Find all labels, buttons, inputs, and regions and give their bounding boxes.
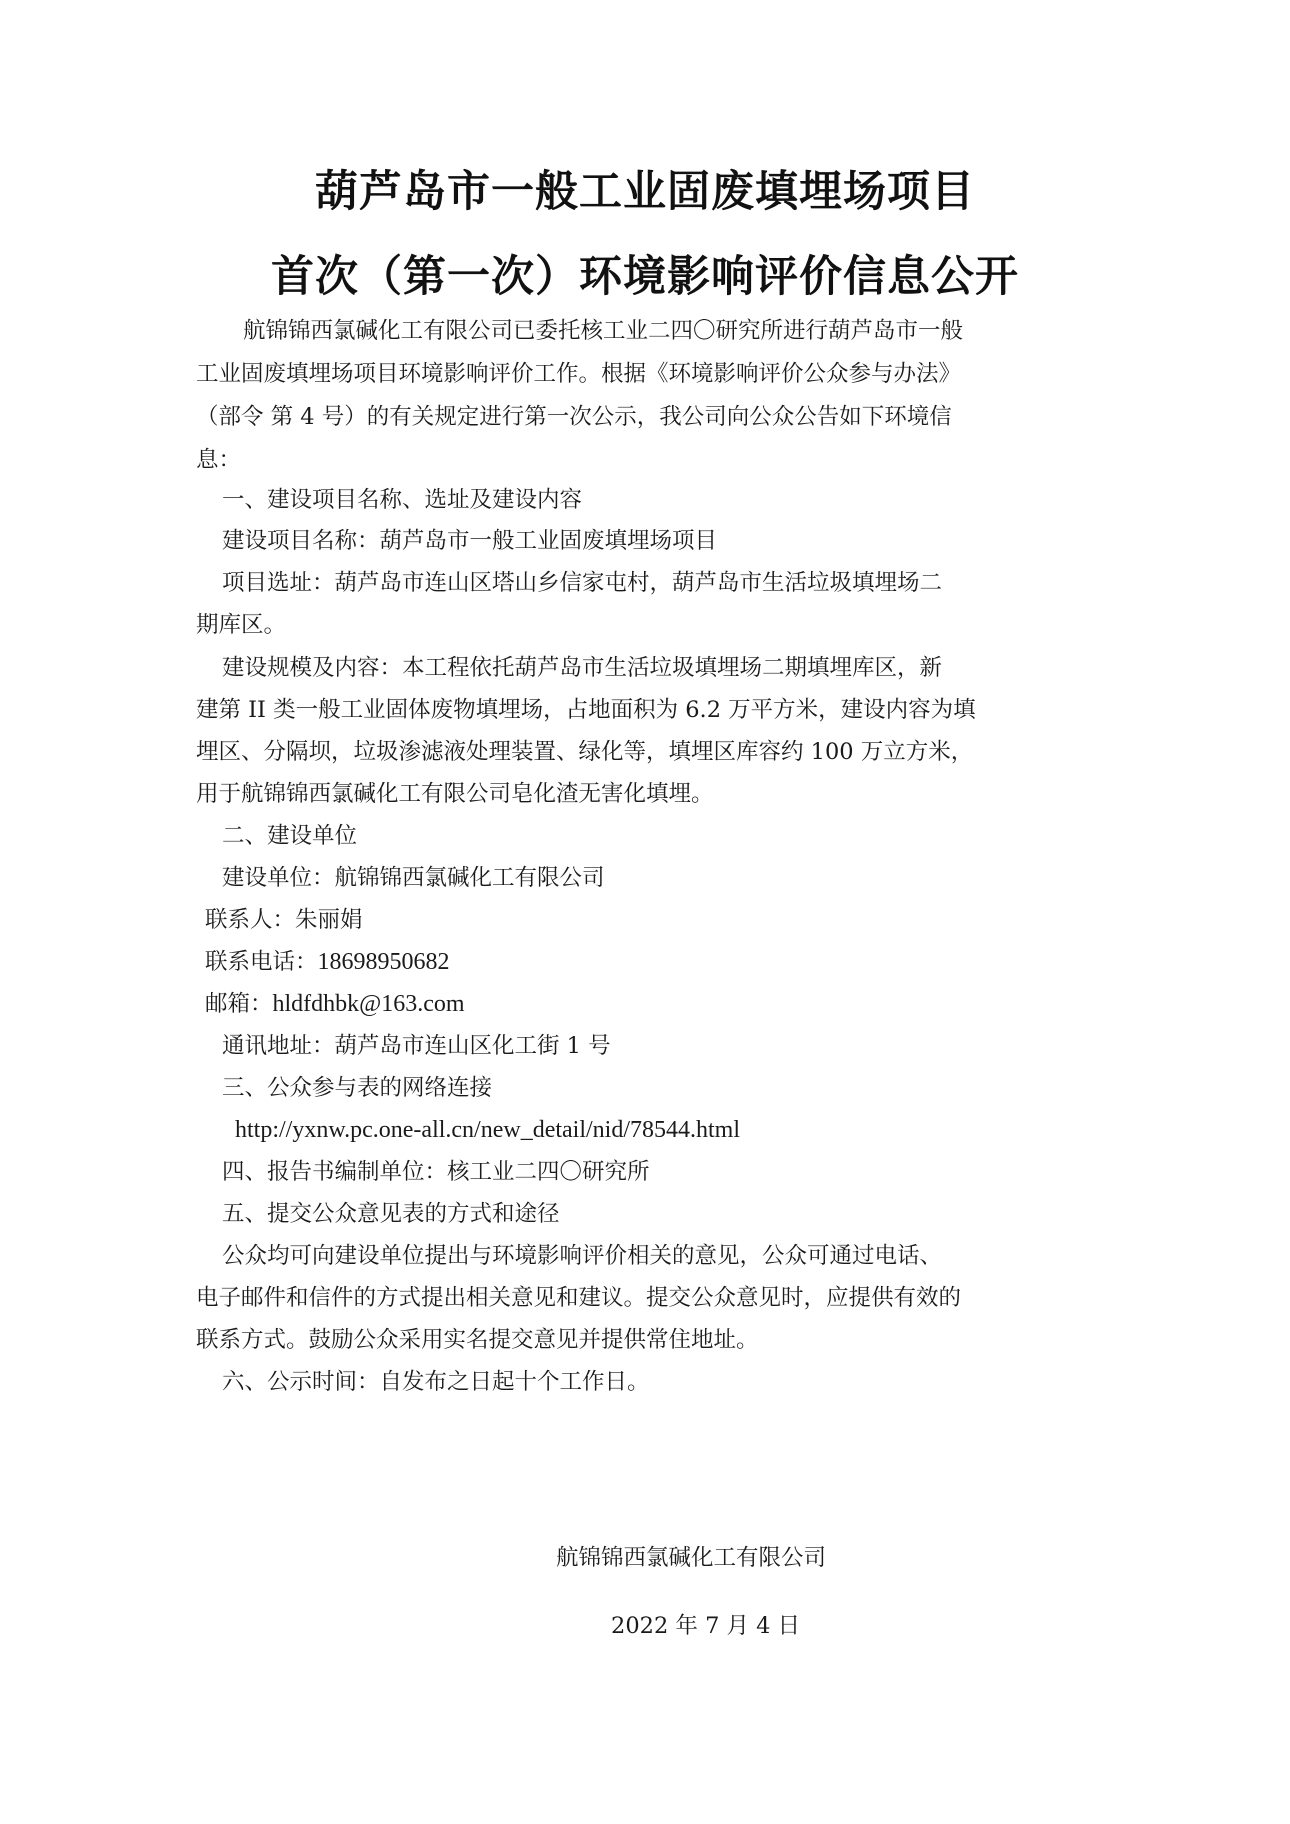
contact-name: 朱丽娟 [295, 907, 363, 933]
project-scale-line-3: 埋区、分隔坝，垃圾渗滤液处理装置、绿化等，填埋区库容约 100 万立方米， [196, 737, 1109, 767]
document-page: 葫芦岛市一般工业固废填埋场项目 首次（第一次）环境影响评价信息公开 航锦锦西氯碱… [0, 0, 1290, 1824]
section-1-heading: 一、建设项目名称、选址及建设内容 [222, 485, 582, 515]
email-label: 邮箱： [205, 991, 273, 1017]
section-3-heading: 三、公众参与表的网络连接 [222, 1073, 492, 1103]
document-title-line-2: 首次（第一次）环境影响评价信息公开 [0, 243, 1290, 304]
project-location-line-1: 项目选址：葫芦岛市连山区塔山乡信家屯村，葫芦岛市生活垃圾填埋场二 [222, 568, 1109, 598]
contact-email: 邮箱：hldfdhbk@163.com [205, 989, 465, 1019]
phone-number: 18698950682 [318, 949, 450, 975]
intro-line-2: 工业固废填埋场项目环境影响评价工作。根据《环境影响评价公众参与办法》 [196, 359, 1109, 389]
intro-line-4: 息： [196, 445, 241, 475]
project-location-line-2: 期库区。 [196, 610, 286, 640]
signature-date: 2022 年 7 月 4 日 [611, 1608, 800, 1640]
signature-company: 航锦锦西氯碱化工有限公司 [556, 1540, 826, 1572]
mailing-address: 通讯地址：葫芦岛市连山区化工街 1 号 [222, 1031, 611, 1061]
section-5-body-line-1: 公众均可向建设单位提出与环境影响评价相关的意见，公众可通过电话、 [222, 1241, 1094, 1271]
section-5-heading: 五、提交公众意见表的方式和途径 [222, 1199, 560, 1229]
intro-line-1: 航锦锦西氯碱化工有限公司已委托核工业二四〇研究所进行葫芦岛市一般 [243, 316, 1109, 346]
section-4-heading: 四、报告书编制单位：核工业二四〇研究所 [222, 1157, 650, 1187]
section-5-body-line-2: 电子邮件和信件的方式提出相关意见和建议。提交公众意见时，应提供有效的 [196, 1283, 1094, 1313]
section-6-heading: 六、公示时间：自发布之日起十个工作日。 [222, 1367, 650, 1397]
document-title-line-1: 葫芦岛市一般工业固废填埋场项目 [0, 158, 1290, 219]
project-scale-line-2: 建第 II 类一般工业固体废物填埋场，占地面积为 6.2 万平方米，建设内容为填 [196, 695, 1109, 725]
phone-label: 联系电话： [205, 949, 318, 975]
construction-unit: 建设单位：航锦锦西氯碱化工有限公司 [222, 863, 605, 893]
project-scale-line-4: 用于航锦锦西氯碱化工有限公司皂化渣无害化填埋。 [196, 779, 714, 809]
section-5-body-line-3: 联系方式。鼓励公众采用实名提交意见并提供常住地址。 [196, 1325, 759, 1355]
contact-label: 联系人： [205, 907, 295, 933]
project-name: 建设项目名称：葫芦岛市一般工业固废填埋场项目 [222, 526, 717, 556]
contact-phone: 联系电话：18698950682 [205, 947, 450, 977]
public-participation-link[interactable]: http://yxnw.pc.one-all.cn/new_detail/nid… [235, 1115, 740, 1145]
contact-person: 联系人：朱丽娟 [205, 905, 363, 935]
email-address: hldfdhbk@163.com [273, 991, 465, 1017]
project-scale-line-1: 建设规模及内容：本工程依托葫芦岛市生活垃圾填埋场二期填埋库区，新 [222, 653, 1109, 683]
intro-line-3: （部令 第 4 号）的有关规定进行第一次公示，我公司向公众公告如下环境信 [196, 402, 1109, 432]
section-2-heading: 二、建设单位 [222, 821, 357, 851]
